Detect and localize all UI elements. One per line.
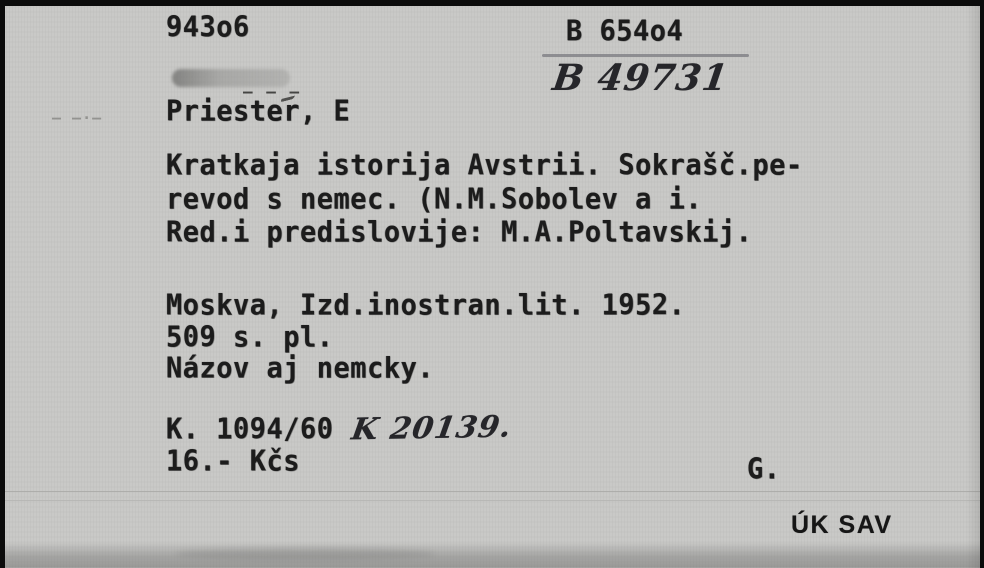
accession-number-handwritten: K 20139. [349, 413, 514, 446]
margin-pencil-marks: – –·– [52, 109, 102, 127]
scan-border-left [0, 0, 5, 568]
accession-number-typed: K. 1094/60 [166, 415, 334, 444]
catalog-card: 943o6 B 654o4 B 49731 – – – – –·– Priest… [0, 0, 984, 568]
shelfmark-typed: B 654o4 [566, 17, 683, 46]
ruled-line [0, 500, 984, 501]
imprint-line: Moskva, Izd.inostran.lit. 1952. [166, 291, 685, 320]
author-heading: Priester, E [166, 97, 350, 126]
imprint-line: Názov aj nemcky. [166, 354, 434, 383]
class-number: 943o6 [166, 13, 250, 42]
ruled-line [0, 491, 984, 492]
scan-border-top [0, 0, 984, 6]
imprint-line: 509 s. pl. [166, 323, 334, 352]
card-right-edge-shadow [966, 0, 980, 568]
title-line: revod s nemec. (N.M.Sobolev a i. [166, 185, 702, 214]
price: 16.- Kčs [166, 447, 300, 476]
title-line: Red.i predislovije: M.A.Poltavskij. [166, 218, 752, 247]
card-bottom-edge [0, 542, 984, 568]
cataloguer-initials: G. [747, 455, 781, 484]
shelfmark-handwritten: B 49731 [550, 60, 730, 96]
title-line: Kratkaja istorija Avstrii. Sokrašč.pe- [166, 151, 803, 180]
library-stamp: ÚK SAV [791, 513, 893, 538]
scan-border-right [980, 0, 984, 568]
